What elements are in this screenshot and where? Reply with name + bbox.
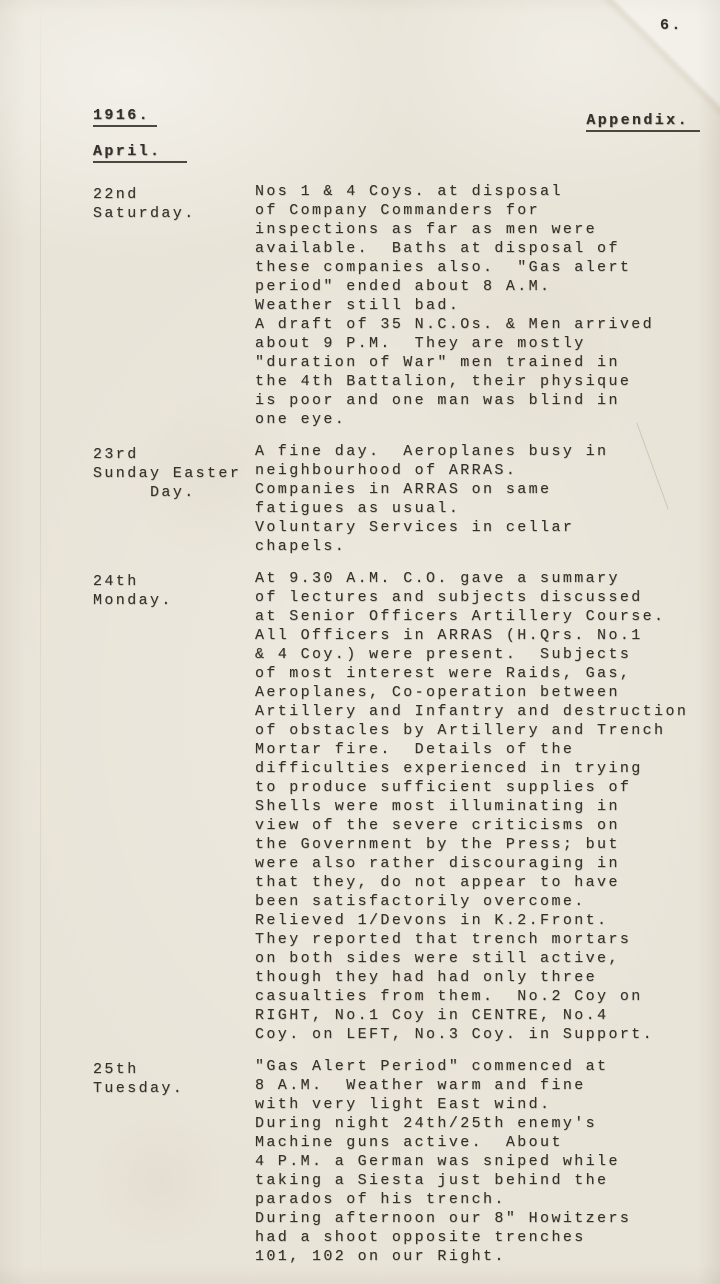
entry-body: A fine day. Aeroplanes busy in neighbour… bbox=[255, 442, 700, 556]
document-page: 6. 1916. Appendix. April. 22nd Saturday.… bbox=[0, 0, 720, 1284]
entry-body: "Gas Alert Period" commenced at 8 A.M. W… bbox=[255, 1057, 700, 1266]
diary-entry: 24th Monday. At 9.30 A.M. C.O. gave a su… bbox=[93, 569, 700, 1044]
entry-date: 23rd Sunday Easter Day. bbox=[93, 442, 255, 502]
entry-date: 22nd Saturday. bbox=[93, 182, 255, 223]
year-heading: 1916. bbox=[93, 106, 157, 125]
entry-body: Nos 1 & 4 Coys. at disposal of Company C… bbox=[255, 182, 700, 429]
appendix-heading: Appendix. bbox=[586, 111, 700, 130]
diary-entry: 22nd Saturday. Nos 1 & 4 Coys. at dispos… bbox=[93, 182, 700, 429]
entry-body: At 9.30 A.M. C.O. gave a summary of lect… bbox=[255, 569, 700, 1044]
page-content: 1916. Appendix. April. 22nd Saturday. No… bbox=[93, 0, 700, 1266]
month-row: April. bbox=[93, 142, 700, 161]
entry-date: 25th Tuesday. bbox=[93, 1057, 255, 1098]
paper-crease-line bbox=[40, 0, 41, 1284]
diary-entry: 25th Tuesday. "Gas Alert Period" commenc… bbox=[93, 1057, 700, 1266]
diary-entry: 23rd Sunday Easter Day. A fine day. Aero… bbox=[93, 442, 700, 556]
entry-date: 24th Monday. bbox=[93, 569, 255, 610]
diary-entries: 22nd Saturday. Nos 1 & 4 Coys. at dispos… bbox=[93, 182, 700, 1266]
month-heading: April. bbox=[93, 143, 187, 163]
header-row: 1916. Appendix. bbox=[93, 106, 700, 125]
